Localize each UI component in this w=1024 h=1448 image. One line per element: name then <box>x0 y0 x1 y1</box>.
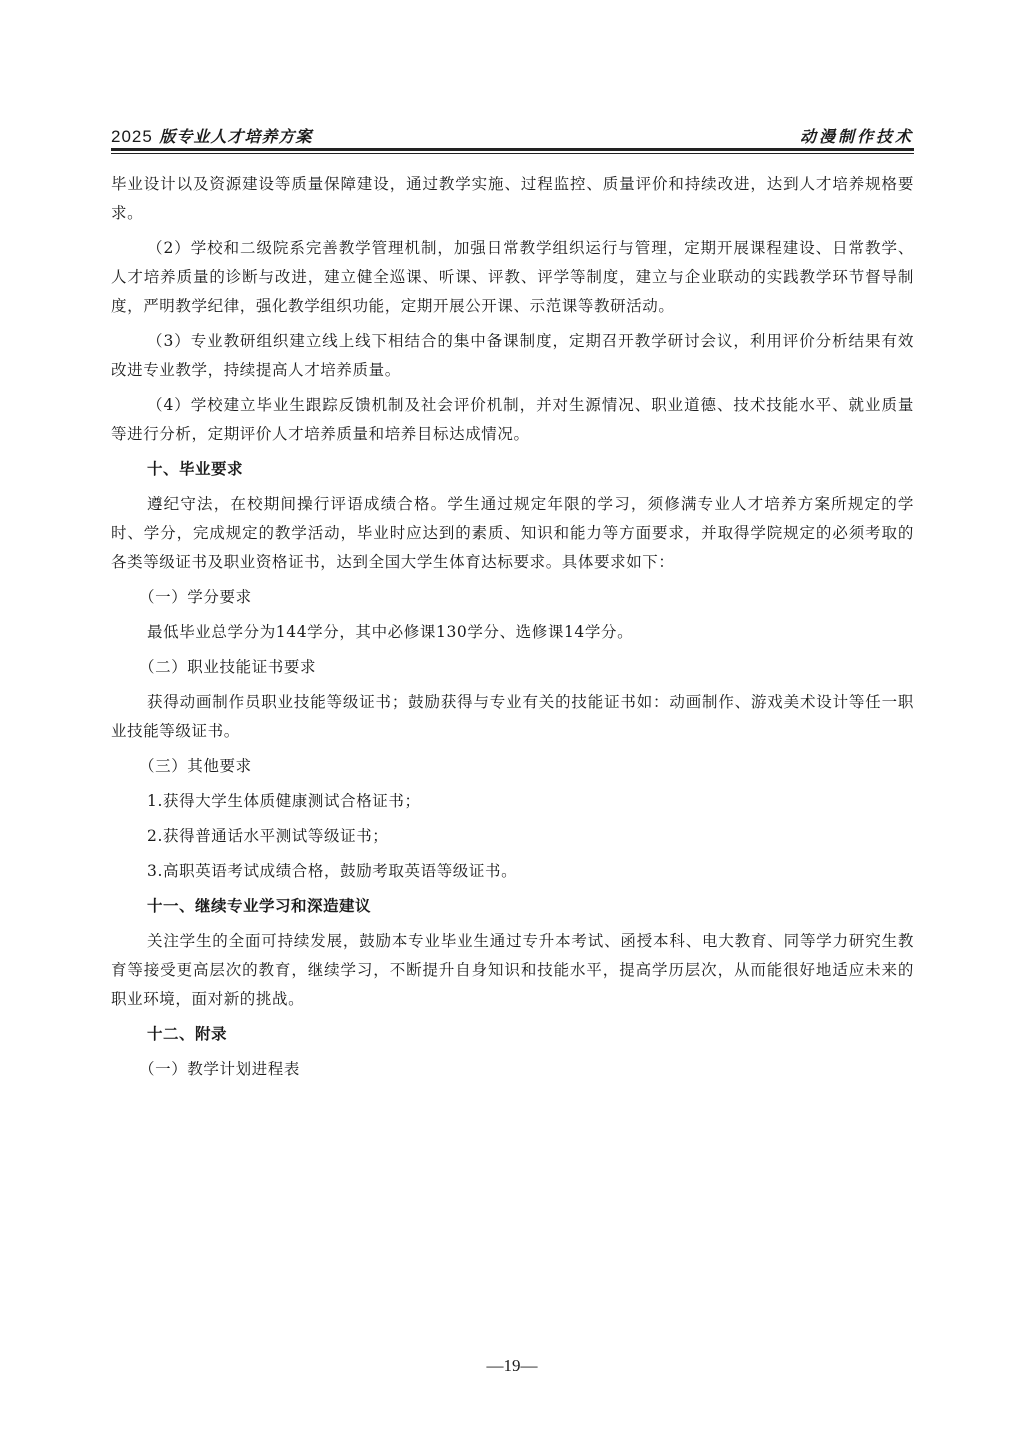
subheading-certificate-requirements: （二）职业技能证书要求 <box>111 653 914 682</box>
section-heading-graduation-requirements: 十、毕业要求 <box>111 455 914 484</box>
header-rule-thin <box>111 153 914 154</box>
certificate-requirements-text: 获得动画制作员职业技能等级证书；鼓励获得与专业有关的技能证书如：动画制作、游戏美… <box>111 688 914 746</box>
credit-requirements-text: 最低毕业总学分为144学分，其中必修课130学分、选修课14学分。 <box>111 618 914 647</box>
paragraph-item-4: （4）学校建立毕业生跟踪反馈机制及社会评价机制，并对生源情况、职业道德、技术技能… <box>111 391 914 449</box>
header-rule-thick <box>111 148 914 151</box>
document-title-text: 版专业人才培养方案 <box>153 127 313 146</box>
page-number: —19— <box>0 1356 1024 1376</box>
page-body: 毕业设计以及资源建设等质量保障建设，通过教学实施、过程监控、质量评价和持续改进，… <box>111 170 914 1090</box>
section-heading-further-study: 十一、继续专业学习和深造建议 <box>111 892 914 921</box>
program-name: 动漫制作技术 <box>800 124 914 147</box>
further-study-text: 关注学生的全面可持续发展，鼓励本专业毕业生通过专升本考试、函授本科、电大教育、同… <box>111 927 914 1014</box>
other-requirement-item: 2.获得普通话水平测试等级证书； <box>111 822 914 851</box>
other-requirement-item: 1.获得大学生体质健康测试合格证书； <box>111 787 914 816</box>
section-heading-appendix: 十二、附录 <box>111 1020 914 1049</box>
subheading-other-requirements: （三）其他要求 <box>111 752 914 781</box>
other-requirement-item: 3.高职英语考试成绩合格，鼓励考取英语等级证书。 <box>111 857 914 886</box>
paragraph-item-2: （2）学校和二级院系完善教学管理机制，加强日常教学组织运行与管理，定期开展课程建… <box>111 234 914 321</box>
graduation-requirements-intro: 遵纪守法，在校期间操行评语成绩合格。学生通过规定年限的学习，须修满专业人才培养方… <box>111 490 914 577</box>
paragraph-item-3: （3）专业教研组织建立线上线下相结合的集中备课制度，定期召开教学研讨会议，利用评… <box>111 327 914 385</box>
page-header: 2025 版专业人才培养方案 动漫制作技术 <box>111 124 914 146</box>
document-title: 2025 版专业人才培养方案 <box>111 124 312 147</box>
subheading-teaching-schedule: （一）教学计划进程表 <box>111 1055 914 1084</box>
document-year: 2025 <box>111 127 153 146</box>
subheading-credit-requirements: （一）学分要求 <box>111 583 914 612</box>
paragraph-continued: 毕业设计以及资源建设等质量保障建设，通过教学实施、过程监控、质量评价和持续改进，… <box>111 170 914 228</box>
